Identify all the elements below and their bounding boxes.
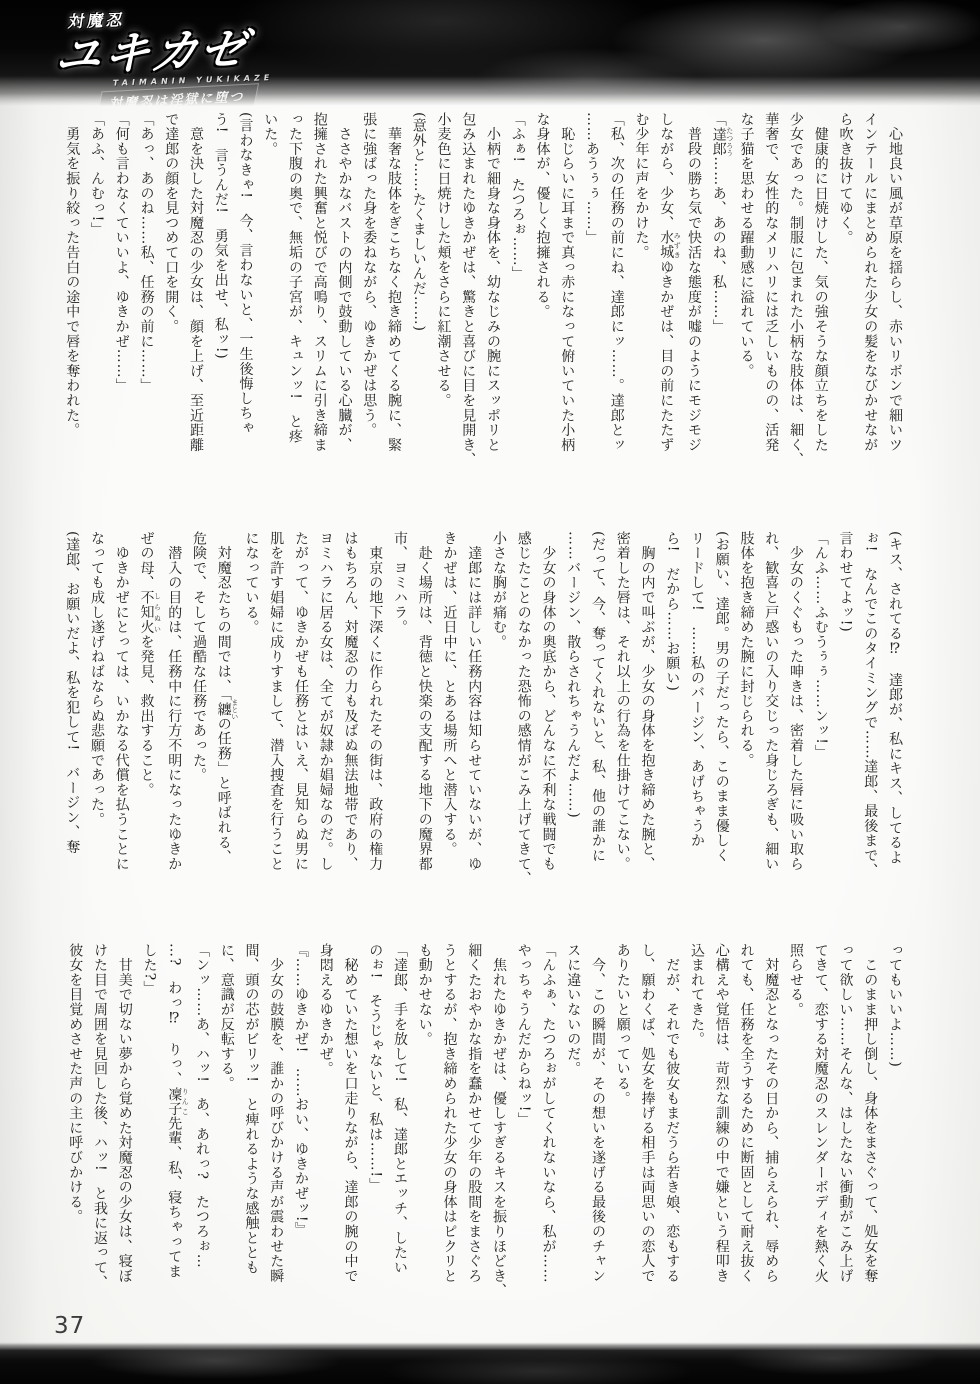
text-column: 少女の鼓膜を、誰かの呼びかける声が震わせた瞬 <box>264 943 289 1312</box>
text-column: れ、歓喜と戸惑いの入り交じった身じろぎも、細い <box>759 531 784 900</box>
page-number: 37 <box>54 1313 85 1339</box>
text-column: ってもいいよ……) <box>882 943 907 1312</box>
text-column: ぉ! なんでこのタイミングで……達郎、最後まで、 <box>858 531 883 900</box>
text-column: ささやかなバストの内側で鼓動している心臓が、 <box>332 112 357 465</box>
text-column: 秘めていた想いを口走りながら、達郎の腕の中で <box>338 943 363 1312</box>
text-column: ゆきかぜにとっては、いかなる代償を払うことに <box>109 531 134 900</box>
text-column: ……あうぅぅ……」 <box>579 112 604 465</box>
text-column: 心構えや覚悟は、苛烈な訓練の中で嫌という程叩き <box>709 943 734 1312</box>
text-column: 焦れたゆきかぜは、優しすぎるキスを振りほどき、 <box>486 943 511 1312</box>
text-column: 華奢で、女性的なメリハリには乏しいものの、活発 <box>759 112 784 465</box>
text-column: れても、任務を全うするために断固として耐え抜く <box>734 943 759 1312</box>
text-column: たがって、ゆきかぜも任務とはいえ、見知らぬ男に <box>288 531 313 900</box>
text-column: ら! だから……お願い) <box>660 531 685 900</box>
text-column: った下腹の奥で、無垢の子宮が、キュンッ! と疼 <box>282 112 307 465</box>
text-column: 「ふぁ! たつろぉ……」 <box>505 112 530 465</box>
text-column: 込まれてきた。 <box>684 943 709 1312</box>
logo-tagline-text: 対魔忍は淫獄に堕つ <box>97 83 259 115</box>
text-column: 達郎には詳しい任務内容は知らせていないが、ゆ <box>462 531 487 900</box>
text-column: ……バージン、散らされちゃうんだよ……) <box>561 531 586 900</box>
text-column: 今、この瞬間が、その想いを遂げる最後のチャン <box>585 943 610 1312</box>
text-column: 肌を許す娼婦に成りすまして、潜入捜査を行うこと <box>264 531 289 900</box>
logo-taimanin-yukikaze: 対魔忍 ユキカゼ TAIMANIN YUKIKAZE 対魔忍は淫獄に堕つ <box>54 0 378 116</box>
text-column: 「達郎たつろう……あ、あのね、私……」 <box>706 112 734 465</box>
text-column: な身体が、優しく抱擁される。 <box>530 112 555 465</box>
text-column: うとするが、抱き締められた少女の身体はピクリと <box>437 943 462 1312</box>
text-column: って欲しい……そんな、はしたない衝動がこみ上げ <box>833 943 858 1312</box>
text-column: インテールにまとめられた少女の髪をなびかせなが <box>858 112 883 465</box>
text-column: 健康的に日焼けした、気の強そうな顔立ちをした <box>808 112 833 465</box>
text-column: なっても成し遂げねばならぬ悲願であった。 <box>84 531 109 900</box>
text-column: 潜入の目的は、任務中に行方不明になったゆきか <box>162 531 187 900</box>
text-column: した?」 <box>137 943 162 1312</box>
text-column: 対魔忍たちの間では、「纏まといの任務」と呼ばれる、 <box>211 531 239 900</box>
text-column: けた目で周囲を見回した後、ハッ! と我に返って、 <box>87 943 112 1312</box>
text-column: ありたいと願っている。 <box>610 943 635 1312</box>
text-column: も動かせない。 <box>412 943 437 1312</box>
text-column: 「達郎、手を放して! 私、達郎とエッチ、したい <box>387 943 412 1312</box>
text-column: 東京の地下深くに作られたその街は、政府の権力 <box>363 531 388 900</box>
text-column: 「私、次の任務の前にね、達郎にッ……。達郎とッ <box>604 112 629 465</box>
text-column: だが、それでも彼女もまだうら若き娘、恋もする <box>660 943 685 1312</box>
text-column: 張に強ばった身を委ねながら、ゆきかぜは思う。 <box>357 112 382 465</box>
text-column: ら吹き抜けてゆく。 <box>833 112 858 465</box>
text-column: 照らせる。 <box>783 943 808 1312</box>
text-column: 「んふぁ、たつろぉがしてくれないなら、私が…… <box>536 943 561 1312</box>
novel-page: 対魔忍 ユキカゼ TAIMANIN YUKIKAZE 対魔忍は淫獄に堕つ 心地良… <box>0 0 980 1384</box>
text-column: 『……ゆきかぜ! ……おい、ゆきかぜッ!』 <box>288 943 313 1312</box>
text-column: 「何も言わなくていいよ、ゆきかぜ……」 <box>109 112 134 465</box>
text-column: で達郎の顔を見つめて口を開く。 <box>159 112 184 465</box>
text-column: のぉ! そうじゃないと、私は……!」 <box>363 943 388 1312</box>
text-column: はもちろん、対魔忍の力も及ばぬ無法地帯であり、 <box>338 531 363 900</box>
text-column: 危険で、そして過酷な任務であった。 <box>186 531 211 900</box>
text-column: 肢体を抱き締めた腕に封じられる。 <box>734 531 759 900</box>
text-column: 間、頭の芯がビリッ! と痺れるような感触ととも <box>239 943 264 1312</box>
text-column: 「あふ、んむっ!」 <box>84 112 109 465</box>
text-column: 恥じらいに耳まで真っ赤になって俯いていた小柄 <box>555 112 580 465</box>
text-column: スに違いないのだ。 <box>561 943 586 1312</box>
footer-banner <box>0 1342 980 1384</box>
text-column: 感じたことのなかった恐怖の感情がこみ上げてきて、 <box>511 531 536 900</box>
text-column: 甘美で切ない夢から覚めた対魔忍の少女は、寝ぼ <box>112 943 137 1312</box>
text-column: な子猫を思わせる躍動感に溢れている。 <box>734 112 759 465</box>
text-column: 彼女を目覚めさせた声の主に呼びかける。 <box>63 943 88 1312</box>
text-column: (お願い、達郎。男の子だったら、このまま優しく <box>709 531 734 900</box>
text-column: (達郎、お願いだよ、私を犯して! バージン、奪 <box>60 531 85 900</box>
text-column: 胸の内で叫ぶが、少女の身体を抱き締めた腕と、 <box>635 531 660 900</box>
text-column: に、意識が反転する。 <box>214 943 239 1312</box>
text-column: 心地良い風が草原を揺らし、赤いリボンで細いツ <box>882 112 907 465</box>
text-column: しながら、少女、水城みずきゆきかぜは、目の前にたたず <box>654 112 682 465</box>
text-column: 小麦色に日焼けした頬をさらに紅潮させる。 <box>431 112 456 465</box>
text-column: いた。 <box>258 112 283 465</box>
text-column: 対魔忍となったその日から、捕らえられ、辱めら <box>759 943 784 1312</box>
text-band-3: ってもいいよ……) このまま押し倒し、身体をまさぐって、処女を奪って欲しい……そ… <box>63 943 908 1312</box>
text-column: 細くたおやかな指を蠢かせて少年の股間をまさぐろ <box>462 943 487 1312</box>
text-column: 言わせてよッ!) <box>833 531 858 900</box>
header-banner: 対魔忍 ユキカゼ TAIMANIN YUKIKAZE 対魔忍は淫獄に堕つ <box>0 0 980 106</box>
text-column: 赴く場所は、背徳と快楽の支配する地下の魔界都 <box>412 531 437 900</box>
text-column: 普段の勝ち気で快活な態度が嘘のようにモジモジ <box>681 112 706 465</box>
text-column: 抱擁された興奮と悦びで高鳴り、スリムに引き締ま <box>307 112 332 465</box>
text-column: (キス、されてる⁉ 達郎が、私にキス、してるよ <box>882 531 907 900</box>
text-column: し、願わくば、処女を捧げる相手は両思いの恋人で <box>635 943 660 1312</box>
text-column: う! 言うんだ! 勇気を出せ、私ッ!) <box>208 112 233 465</box>
text-column: (言わなきゃ! 今、言わないと、一生後悔しちゃ <box>233 112 258 465</box>
text-column: 小柄で細身な身体を、幼なじみの腕にスッポリと <box>480 112 505 465</box>
text-column: 少女の身体の奥底から、どんなに不利な戦闘でも <box>536 531 561 900</box>
text-band-1: 心地良い風が草原を揺らし、赤いリボンで細いツインテールにまとめられた少女の髪をな… <box>60 112 908 465</box>
text-column: になっている。 <box>239 531 264 900</box>
text-column: 意を決した対魔忍の少女は、顔を上げ、至近距離 <box>183 112 208 465</box>
text-column: 身悶えるゆきかぜ。 <box>313 943 338 1312</box>
text-column: 「ンッ……あ、ハッ! あ、あれっ? たつろぉ… <box>189 943 214 1312</box>
text-column: (意外と……たくましいんだ……) <box>406 112 431 465</box>
text-column: 密着した唇は、それ以上の行為を仕掛けてこない。 <box>610 531 635 900</box>
text-column: 市、ヨミハラ。 <box>387 531 412 900</box>
text-column: 少女であった。制服に包まれた小柄な肢体は、細く、 <box>783 112 808 465</box>
text-column: 小さな胸が痛む。 <box>486 531 511 900</box>
text-column: リードして! ……私のバージン、あげちゃうか <box>684 531 709 900</box>
text-column: ヨミハラに居る女は、全てが奴隷か娼婦なのだ。し <box>313 531 338 900</box>
text-band-2: (キス、されてる⁉ 達郎が、私にキス、してるよぉ! なんでこのタイミングで……達… <box>60 531 908 900</box>
text-column: …? わっ⁉ りっ、凜子りんこ先輩、私、寝ちゃってま <box>162 943 190 1312</box>
text-column: 「あっ、あのね……私、任務の前に……」 <box>134 112 159 465</box>
text-column: きかぜは、近日中に、とある場所へと潜入する。 <box>437 531 462 900</box>
text-column: む少年に声をかけた。 <box>629 112 654 465</box>
text-column: てきて、恋する対魔忍のスレンダーボディを熱く火 <box>808 943 833 1312</box>
text-column: このまま押し倒し、身体をまさぐって、処女を奪 <box>858 943 883 1312</box>
text-column: 華奢な肢体をぎこちなく抱き締めてくる腕に、緊 <box>381 112 406 465</box>
text-column: 少女のくぐもった呻きは、密着した唇に吸い取ら <box>783 531 808 900</box>
text-column: (だって、今、奪ってくれないと、私、他の誰かに <box>585 531 610 900</box>
text-column: ぜの母、不知火しらぬいを発見、救出すること。 <box>134 531 162 900</box>
text-column: 勇気を振り絞った告白の途中で唇を奪われた。 <box>60 112 85 465</box>
text-column: やっちゃうんだからねッ!」 <box>511 943 536 1312</box>
text-column: 「んふ……ふむうぅぅ……ンッ!」 <box>808 531 833 900</box>
text-column: 包み込まれたゆきかぜは、驚きと喜びに目を見開き、 <box>456 112 481 465</box>
